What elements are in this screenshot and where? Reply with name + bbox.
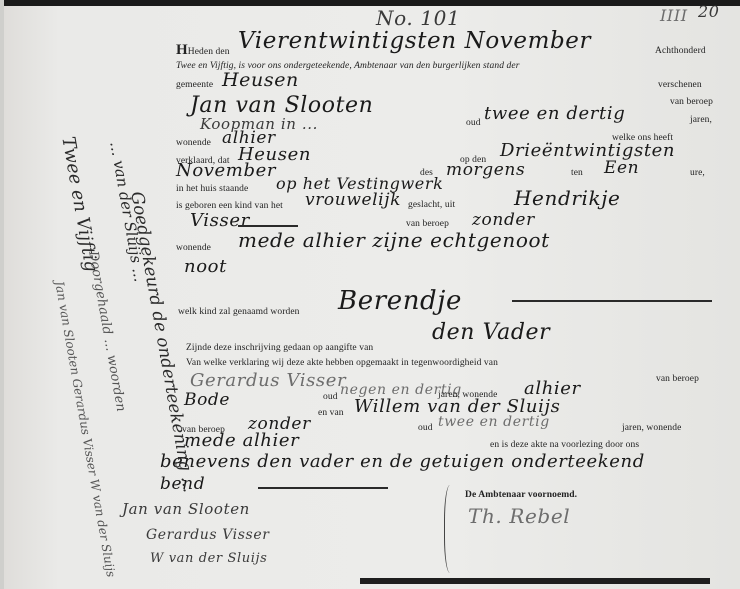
printed-heden-den: HHeden den: [176, 42, 230, 59]
printed-zijnde: Zijnde deze inschrijving gedaan op aangi…: [186, 343, 373, 353]
handwritten-closing-line: benevens den vader en de getuigen ondert…: [160, 451, 645, 472]
printed-gemeente: gemeente: [176, 80, 213, 90]
printed-jaren: jaren,: [690, 115, 712, 125]
handwritten-witness2-age: twee en dertig: [438, 414, 550, 430]
handwritten-sex: vrouwelijk: [305, 190, 401, 210]
printed-welk-kind: welk kind zal genaamd worden: [178, 307, 300, 317]
handwritten-day: Vierentwintigsten November: [238, 28, 591, 54]
handwritten-hour: Een: [604, 158, 639, 178]
printed-geslacht-uit: geslacht, uit: [408, 200, 455, 210]
signature-brace: [444, 485, 459, 573]
printed-in-het-huis: in het huis staande: [176, 184, 248, 194]
act-number: No. 101: [376, 6, 460, 30]
printed-en-van: en van: [318, 408, 344, 418]
handwritten-child-name: Berendje: [338, 286, 462, 316]
handwritten-mother-residence: mede alhier zijne echtgenoot: [238, 228, 550, 252]
printed-van-beroep: van beroep: [670, 97, 713, 107]
signature-2: Gerardus Visser: [146, 527, 270, 543]
handwritten-birth-date: Drieëntwintigsten: [500, 140, 675, 161]
printed-van-beroep-3: van beroep: [656, 374, 699, 384]
printed-jaren-wonende-2: jaren, wonende: [622, 423, 681, 433]
handwritten-witness1-name: Gerardus Visser: [190, 370, 346, 391]
printed-voorlezing: en is deze akte na voorlezing door ons: [490, 440, 639, 450]
printed-ambtenaar: De Ambtenaar voornoemd.: [465, 490, 577, 500]
signature-1: Jan van Slooten: [122, 500, 250, 518]
handwritten-mother-first: Hendrikje: [514, 186, 620, 210]
handwritten-declarant-age: twee en dertig: [484, 103, 625, 124]
printed-wonende-2: wonende: [176, 243, 211, 253]
folio-number: 20: [698, 2, 720, 21]
printed-oud: oud: [466, 118, 481, 128]
margin-tally: IIII: [660, 6, 688, 25]
printed-achthonderd: Achthonderd: [655, 46, 706, 56]
filler-line: [512, 300, 712, 302]
filler-line: [258, 487, 388, 489]
scan-top-border: [0, 0, 740, 6]
printed-ure: ure,: [690, 168, 705, 178]
handwritten-witness2-residence: mede alhier: [184, 430, 299, 451]
handwritten-birth-month: November: [176, 160, 276, 181]
handwritten-noot: noot: [184, 256, 227, 277]
handwritten-informant: den Vader: [432, 320, 550, 345]
printed-oud-2: oud: [323, 392, 338, 402]
scan-bottom-border: [360, 578, 710, 584]
printed-van-welke: Van welke verklaring wij deze akte hebbe…: [186, 358, 498, 368]
printed-ten: ten: [571, 168, 583, 178]
scan-left-edge: [0, 0, 4, 589]
handwritten-municipality: Heusen: [222, 69, 299, 91]
printed-verschenen: verschenen: [658, 80, 702, 90]
official-signature: Th. Rebel: [468, 504, 570, 528]
filler-line: [238, 225, 298, 227]
handwritten-mother-occupation: zonder: [472, 210, 535, 230]
handwritten-witness1-occupation: Bode: [184, 390, 230, 410]
signature-3: W van der Sluijs: [150, 551, 267, 566]
printed-oud-3: oud: [418, 423, 433, 433]
handwritten-part-of-day: morgens: [446, 160, 525, 180]
printed-wonende: wonende: [176, 138, 211, 148]
